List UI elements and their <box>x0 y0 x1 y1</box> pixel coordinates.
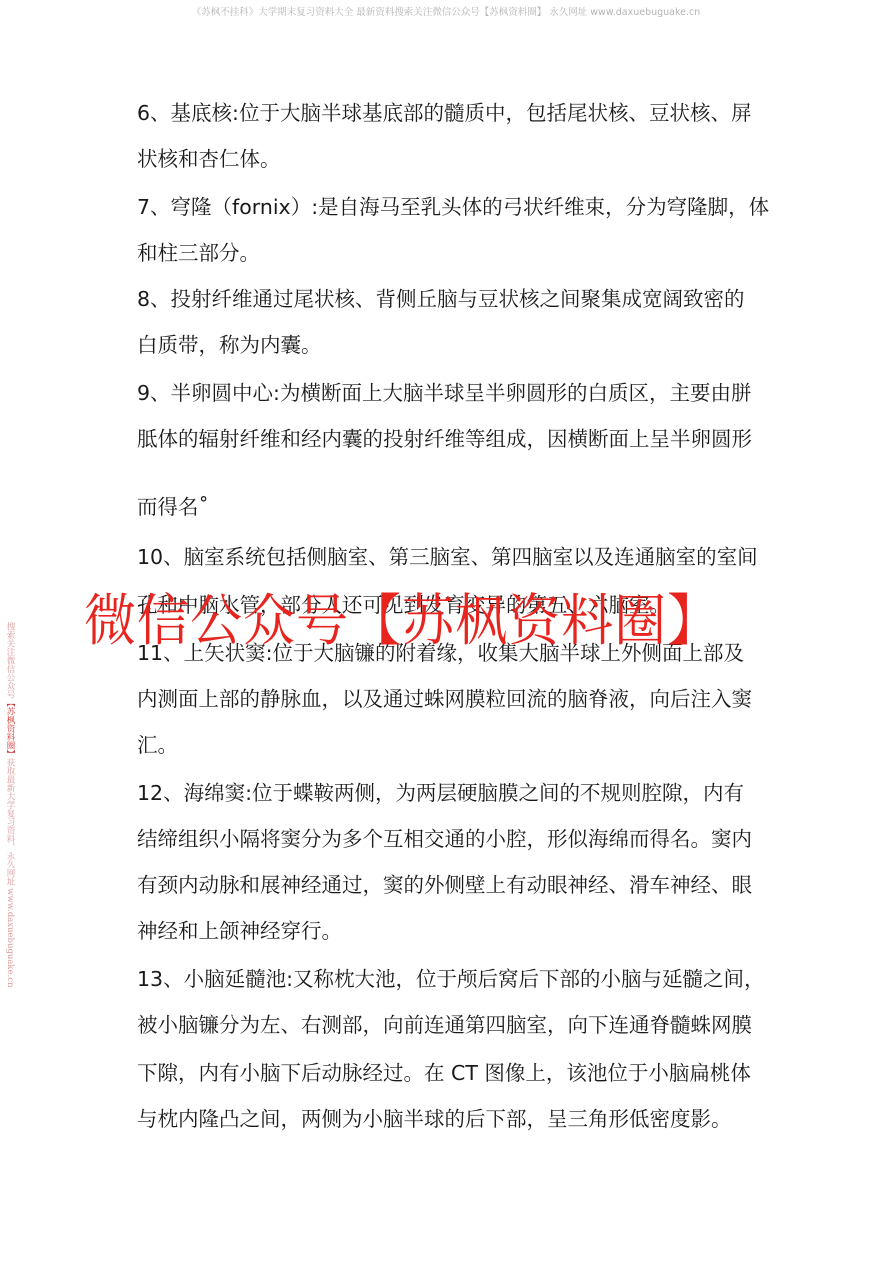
text-line-14: 汇。 <box>137 733 178 757</box>
text-line-2: 状核和杏仁体。 <box>137 147 281 171</box>
text-line-22: 与枕内隆凸之间，两侧为小脑半球的后下部，呈三角形低密度影。 <box>137 1107 732 1131</box>
text-line-8: 胝体的辐射纤维和经内囊的投射纤维等组成，因横断面上呈半卵圆形 <box>137 427 752 451</box>
side-banner-part3: 获取最新大学复习资料，永久网址 www.daxuebuguake.cn <box>5 758 15 988</box>
text-line-7: 9、半卵圆中心:为横断面上大脑半球呈半卵圆形的白质区，主要由胼 <box>137 381 751 405</box>
text-line-20: 被小脑镰分为左、右测部，向前连通第四脑室，向下连通脊髓蛛网膜 <box>137 1013 752 1037</box>
text-line-18: 神经和上颌神经穿行。 <box>137 919 342 943</box>
text-line-4: 和柱三部分。 <box>137 241 260 265</box>
text-line-19: 13、小脑延髓池:又称枕大池，位于颅后窝后下部的小脑与延髓之间， <box>137 967 765 991</box>
text-line-17: 有颈内动脉和展神经通过，窦的外侧壁上有动眼神经、滑车神经、眼 <box>137 873 752 897</box>
text-line-21: 下隙，内有小脑下后动脉经过。在 CT 图像上，该池位于小脑扁桃体 <box>137 1061 751 1085</box>
text-line-9: 而得名˚ <box>137 495 209 519</box>
side-banner-part2: 【苏枫资料圈】 <box>5 699 15 759</box>
text-line-13: 内测面上部的静脉血，以及通过蛛网膜粒回流的脑脊液，向后注入窦 <box>137 687 752 711</box>
page-header-banner: 《苏枫不挂科》大学期末复习资料大全 最新资料搜索关注微信公众号【苏枫资料圈】 永… <box>0 4 892 18</box>
text-line-6: 白质带，称为内囊。 <box>137 333 322 357</box>
side-banner: 搜索关注微信公众号【苏枫资料圈】获取最新大学复习资料，永久网址 www.daxu… <box>4 622 16 988</box>
text-line-16: 结缔组织小隔将窦分为多个互相交通的小腔，形似海绵而得名。窦内 <box>137 827 752 851</box>
text-line-10: 10、脑室系统包括侧脑室、第三脑室、第四脑室以及连通脑室的室间 <box>137 545 758 569</box>
text-line-1: 6、基底核:位于大脑半球基底部的髓质中，包括尾状核、豆状核、屏 <box>137 101 751 125</box>
side-banner-part1: 搜索关注微信公众号 <box>5 622 15 699</box>
text-line-15: 12、海绵窦:位于蝶鞍两侧，为两层硬脑膜之间的不规则腔隙，内有 <box>137 781 744 805</box>
text-line-3: 7、穹隆（fornix）:是自海马至乳头体的弓状纤维束，分为穹隆脚，体 <box>137 195 769 219</box>
watermark-overlay: 微信公众号【苏枫资料圈】 <box>84 592 726 652</box>
text-line-5: 8、投射纤维通过尾状核、背侧丘脑与豆状核之间聚集成宽阔致密的 <box>137 287 745 311</box>
